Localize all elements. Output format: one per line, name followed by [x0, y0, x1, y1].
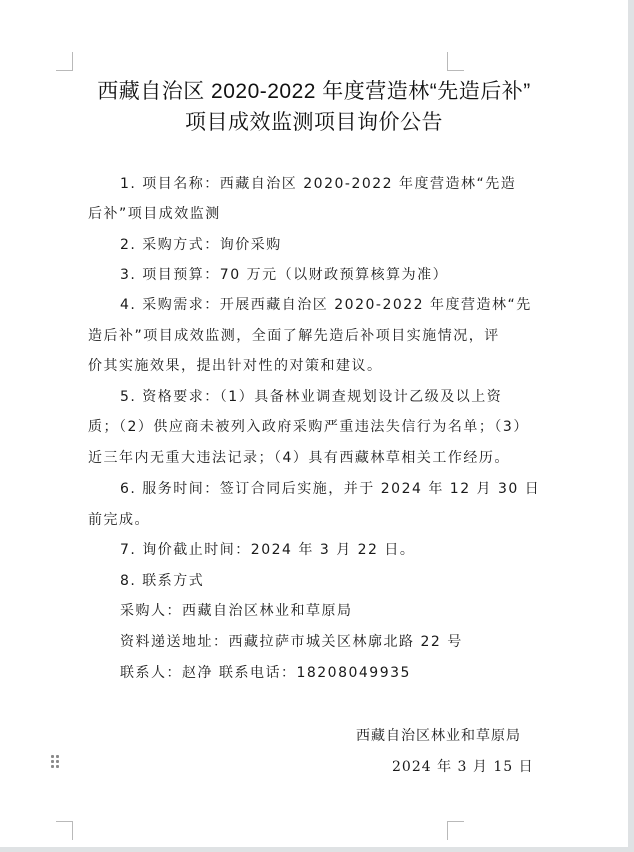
- contact-purchaser: 采购人：西藏自治区林业和草原局: [120, 600, 353, 620]
- body-line-item1-cont: 后补”项目成效监测: [88, 203, 221, 223]
- margin-corner-top-right: [447, 52, 464, 71]
- body-line-item4: 4. 采购需求：开展西藏自治区 2020-2022 年度营造林“先: [120, 294, 532, 314]
- margin-corner-bottom-right: [447, 821, 464, 840]
- document-title-line1: 西藏自治区 2020-2022 年度营造林“先造后补”: [0, 75, 628, 105]
- signature-organization: 西藏自治区林业和草原局: [356, 725, 521, 745]
- body-line-item5: 5. 资格要求：（1）具备林业调查规划设计乙级及以上资: [120, 386, 502, 406]
- body-line-item2: 2. 采购方式：询价采购: [120, 234, 282, 254]
- drag-handle-icon[interactable]: [51, 755, 61, 769]
- body-line-item5-cont2: 近三年内无重大违法记录；（4）具有西藏林草相关工作经历。: [88, 447, 510, 467]
- margin-corner-top-left: [56, 52, 73, 71]
- body-line-item8: 8. 联系方式: [120, 570, 204, 590]
- body-line-item5-cont1: 质；（2）供应商未被列入政府采购严重违法失信行为名单；（3）: [88, 416, 529, 436]
- contact-person-phone: 联系人：赵净 联系电话：18208049935: [120, 662, 411, 682]
- page-bottom-edge: [0, 847, 634, 852]
- body-line-item6: 6. 服务时间：签订合同后实施，并于 2024 年 12 月 30 日: [120, 478, 540, 498]
- document-title-line2: 项目成效监测项目询价公告: [0, 106, 628, 136]
- document-page: 西藏自治区 2020-2022 年度营造林“先造后补” 项目成效监测项目询价公告…: [0, 0, 628, 847]
- body-line-item4-cont1: 造后补”项目成效监测，全面了解先造后补项目实施情况，评: [88, 325, 500, 345]
- body-line-item1: 1. 项目名称：西藏自治区 2020-2022 年度营造林“先造: [120, 173, 516, 193]
- body-line-item4-cont2: 价其实施效果，提出针对性的对策和建议。: [88, 355, 383, 375]
- signature-date: 2024 年 3 月 15 日: [392, 756, 534, 776]
- scrollbar-track[interactable]: [628, 0, 634, 852]
- body-line-item3: 3. 项目预算：70 万元（以财政预算核算为准）: [120, 264, 448, 284]
- body-line-item7: 7. 询价截止时间：2024 年 3 月 22 日。: [120, 539, 415, 559]
- contact-address: 资料递送地址：西藏拉萨市城关区林廓北路 22 号: [120, 631, 463, 651]
- body-line-item6-cont: 前完成。: [88, 509, 150, 529]
- margin-corner-bottom-left: [56, 821, 73, 840]
